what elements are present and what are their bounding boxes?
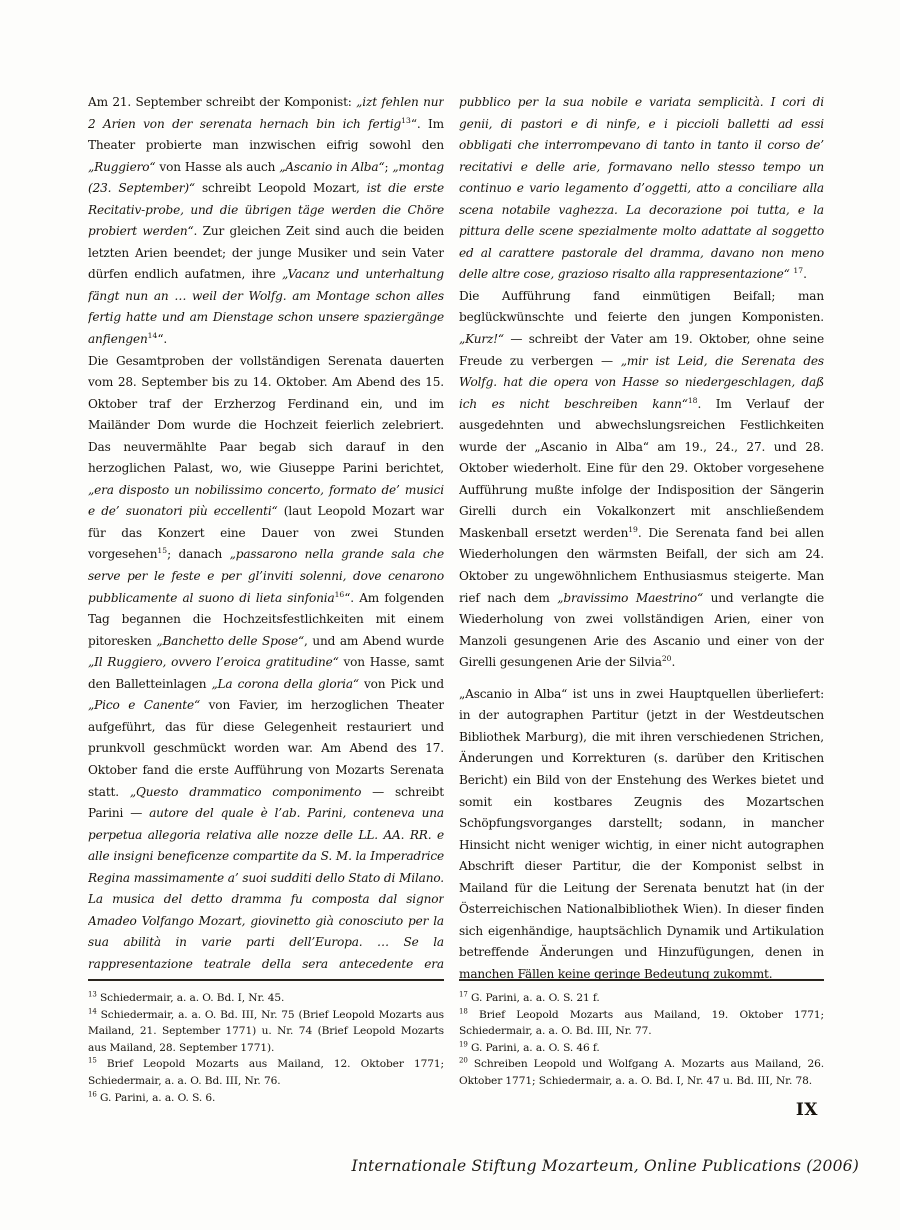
text-run: von Hasse als auch xyxy=(155,160,279,174)
text-run: von Pick und xyxy=(359,677,444,691)
paragraph: Die Gesamtproben der vollständigen Seren… xyxy=(88,351,444,979)
footnote-number: 14 xyxy=(88,1007,97,1015)
paragraph: Die Aufführung fand einmütigen Beifall; … xyxy=(459,286,824,674)
footnote-number: 15 xyxy=(88,1057,97,1065)
footer-credit: Internationale Stiftung Mozarteum, Onlin… xyxy=(352,1157,859,1175)
footnotes-left: 13 Schiedermair, a. a. O. Bd. I, Nr. 45.… xyxy=(88,990,444,1106)
paragraph: Am 21. September schreibt der Komponist:… xyxy=(88,92,444,351)
text-run: autore del quale è l’ab. Parini, contene… xyxy=(88,806,444,979)
text-run: „La corona della gloria“ xyxy=(211,677,358,691)
text-run: „Kurz!“ xyxy=(459,332,504,346)
column-left: Am 21. September schreibt der Komponist:… xyxy=(88,92,444,1106)
footnote-reference: 16 xyxy=(335,590,345,599)
footnote: 17 G. Parini, a. a. O. S. 21 f. xyxy=(459,990,824,1007)
body-text-right: pubblico per la sua nobile e variata sem… xyxy=(459,92,824,979)
footnote-number: 19 xyxy=(459,1040,468,1048)
footnote-reference: 15 xyxy=(157,546,167,555)
text-run: Am 21. September schreibt der Komponist: xyxy=(88,95,356,109)
text-run: . xyxy=(672,655,676,669)
text-run: Die Gesamtproben der vollständigen Seren… xyxy=(88,354,444,476)
body-text-left: Am 21. September schreibt der Komponist:… xyxy=(88,92,444,979)
footnotes-right: 17 G. Parini, a. a. O. S. 21 f.18 Brief … xyxy=(459,990,824,1090)
footnote-reference: 17 xyxy=(793,266,803,275)
text-run: “. xyxy=(157,332,167,346)
footnote-number: 16 xyxy=(88,1090,97,1098)
text-run: . xyxy=(803,267,807,281)
document-page: Am 21. September schreibt der Komponist:… xyxy=(0,0,900,1230)
text-run: „Ascanio in Alba“ xyxy=(279,160,384,174)
text-run: pubblico per la sua nobile e variata sem… xyxy=(459,95,824,281)
footnote-reference: 19 xyxy=(628,525,638,534)
text-run: von Favier, im herzoglichen Theater aufg… xyxy=(88,698,444,798)
two-column-layout: Am 21. September schreibt der Komponist:… xyxy=(88,92,824,1106)
text-run: „Questo drammatico componimento xyxy=(130,785,361,799)
text-run: „Il Ruggiero, ovvero l’eroica gratitudin… xyxy=(88,655,339,669)
paragraph: „Ascanio in Alba“ ist uns in zwei Hauptq… xyxy=(459,684,824,979)
text-run: „Banchetto delle Spose“ xyxy=(156,634,304,648)
footnote: 20 Schreiben Leopold und Wolfgang A. Moz… xyxy=(459,1056,824,1089)
text-run: „Ascanio in Alba“ ist uns in zwei Hauptq… xyxy=(459,687,824,979)
text-run: , und am Abend wurde xyxy=(304,634,444,648)
text-run: „bravissimo Maestrino“ xyxy=(557,591,703,605)
text-run: Die Aufführung fand einmütigen Beifall; … xyxy=(459,289,824,325)
footnote-number: 20 xyxy=(459,1057,468,1065)
footnote: 13 Schiedermair, a. a. O. Bd. I, Nr. 45. xyxy=(88,990,444,1007)
page-number: IX xyxy=(796,1100,818,1120)
footnote-rule-right xyxy=(459,979,824,981)
paragraph: pubblico per la sua nobile e variata sem… xyxy=(459,92,824,286)
footnote: 19 G. Parini, a. a. O. S. 46 f. xyxy=(459,1040,824,1057)
text-run: . Im Verlauf der ausgedehnten und abwech… xyxy=(459,397,824,540)
footnote: 14 Schiedermair, a. a. O. Bd. III, Nr. 7… xyxy=(88,1007,444,1057)
footnote-number: 18 xyxy=(459,1007,468,1015)
footnote-reference: 13 xyxy=(401,116,411,125)
text-run: „Ruggiero“ xyxy=(88,160,155,174)
footnote-number: 17 xyxy=(459,990,468,998)
footnote: 15 Brief Leopold Mozarts aus Mailand, 12… xyxy=(88,1056,444,1089)
footnote-rule-left xyxy=(88,979,444,981)
footnote: 18 Brief Leopold Mozarts aus Mailand, 19… xyxy=(459,1007,824,1040)
footnote-number: 13 xyxy=(88,990,97,998)
column-right: pubblico per la sua nobile e variata sem… xyxy=(459,92,824,1106)
footnote: 16 G. Parini, a. a. O. S. 6. xyxy=(88,1090,444,1107)
footnote-reference: 20 xyxy=(662,654,672,663)
text-run: schreibt Leopold Mozart, xyxy=(195,181,367,195)
footnote-reference: 14 xyxy=(148,331,158,340)
text-run: ; danach xyxy=(167,547,230,561)
text-run: „Pico e Canente“ xyxy=(88,698,200,712)
